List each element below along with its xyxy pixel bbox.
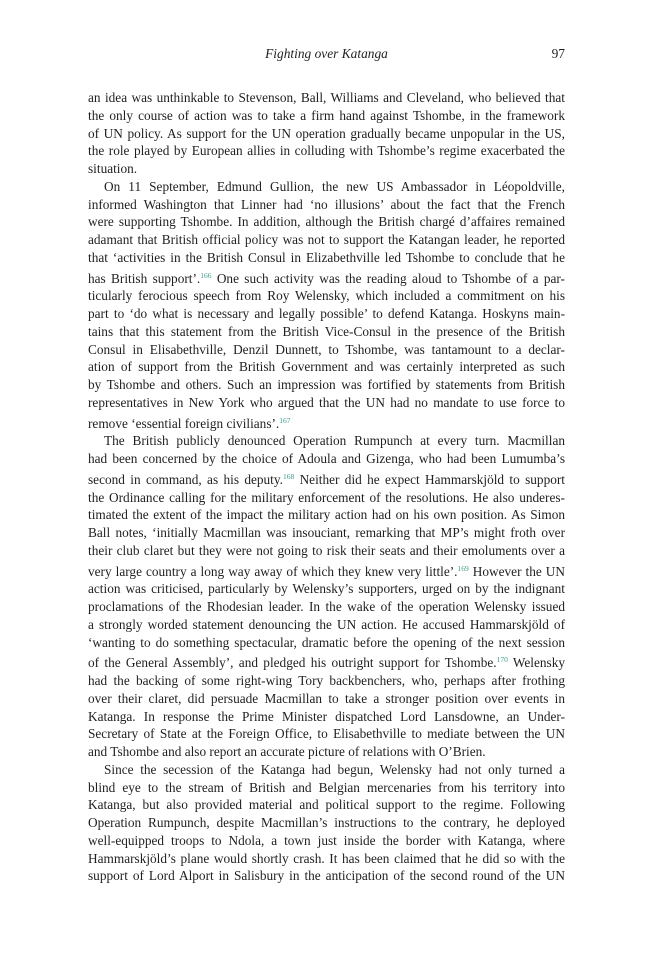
footnote-reference[interactable]: 166 (200, 271, 211, 280)
text-line: informed Washington that Linner had ‘no … (88, 196, 565, 214)
text-line: situation. (88, 160, 565, 178)
text-line: by Tshombe and others. Such an impressio… (88, 376, 565, 394)
text-line: has British support’.166 One such activi… (88, 267, 565, 288)
text-line: ticularly ferocious speech from Roy Wele… (88, 287, 565, 305)
text-line: Secretary of State at the Foreign Office… (88, 725, 565, 743)
text-line: Hammarskjöld’s plane would shortly crash… (88, 850, 565, 868)
text-line: action was criticised, particularly by W… (88, 580, 565, 598)
footnote-reference[interactable]: 168 (283, 472, 294, 481)
text-line: Consul in Elisabethville, Denzil Dunnett… (88, 341, 565, 359)
text-line: ation of support from the British Govern… (88, 358, 565, 376)
text-line: had been concerned by the choice of Adou… (88, 450, 565, 468)
paragraph: Since the secession of the Katanga had b… (88, 761, 565, 885)
text-line: of the General Assembly’, and pledged hi… (88, 651, 565, 672)
footnote-reference[interactable]: 170 (497, 655, 508, 664)
text-line: over their claret, did persuade Macmilla… (88, 690, 565, 708)
footnote-reference[interactable]: 169 (458, 564, 469, 573)
text-line: support of Lord Alport in Salisbury in t… (88, 867, 565, 885)
text-line: part to ‘do what is necessary and legall… (88, 305, 565, 323)
book-page: Fighting over Katanga 97 an idea was unt… (88, 42, 565, 885)
text-line: Katanga. In response the Prime Minister … (88, 708, 565, 726)
text-line: the Ordinance calling for the military e… (88, 489, 565, 507)
text-line: a strongly worded statement denouncing t… (88, 616, 565, 634)
text-line: Since the secession of the Katanga had b… (88, 761, 565, 779)
paragraph: On 11 September, Edmund Gullion, the new… (88, 178, 565, 433)
body-text: an idea was unthinkable to Stevenson, Ba… (88, 89, 565, 885)
text-line: Operation Rumpunch, despite Macmillan’s … (88, 814, 565, 832)
text-line: remove ‘essential foreign civilians’.167 (88, 412, 565, 433)
text-line: timated the extent of the impact the mil… (88, 506, 565, 524)
running-title: Fighting over Katanga (88, 46, 565, 62)
text-line: of UN policy. As support for the UN oper… (88, 125, 565, 143)
text-line: blind eye to the stream of British and B… (88, 779, 565, 797)
text-line: On 11 September, Edmund Gullion, the new… (88, 178, 565, 196)
footnote-reference[interactable]: 167 (279, 416, 290, 425)
text-line: Ball notes, ‘initially Macmillan was ins… (88, 524, 565, 542)
text-line: ‘wanting to do something spectacular, dr… (88, 634, 565, 652)
text-line: tains that this statement from the Briti… (88, 323, 565, 341)
text-line: their club claret but they were not goin… (88, 542, 565, 560)
text-line: had the backing of some right-wing Tory … (88, 672, 565, 690)
text-line: Katanga, but also provided material and … (88, 796, 565, 814)
text-line: and Tshombe and also report an accurate … (88, 743, 565, 761)
text-line: second in command, as his deputy.168 Nei… (88, 468, 565, 489)
page-number: 97 (552, 46, 565, 62)
paragraph: an idea was unthinkable to Stevenson, Ba… (88, 89, 565, 178)
running-head: Fighting over Katanga 97 (88, 42, 565, 66)
text-line: well-equipped troops to Ndola, a town ju… (88, 832, 565, 850)
text-line: an idea was unthinkable to Stevenson, Ba… (88, 89, 565, 107)
text-line: adamant that British official policy was… (88, 231, 565, 249)
text-line: the only course of action was to take a … (88, 107, 565, 125)
text-line: The British publicly denounced Operation… (88, 432, 565, 450)
text-line: proclamations of the Rhodesian leader. I… (88, 598, 565, 616)
text-line: the role played by European allies in co… (88, 142, 565, 160)
text-line: representatives in New York who argued t… (88, 394, 565, 412)
text-line: that ‘activities in the British Consul i… (88, 249, 565, 267)
text-line: very large country a long way away of wh… (88, 560, 565, 581)
paragraph: The British publicly denounced Operation… (88, 432, 565, 761)
text-line: were supporting Tshombe. In addition, al… (88, 213, 565, 231)
